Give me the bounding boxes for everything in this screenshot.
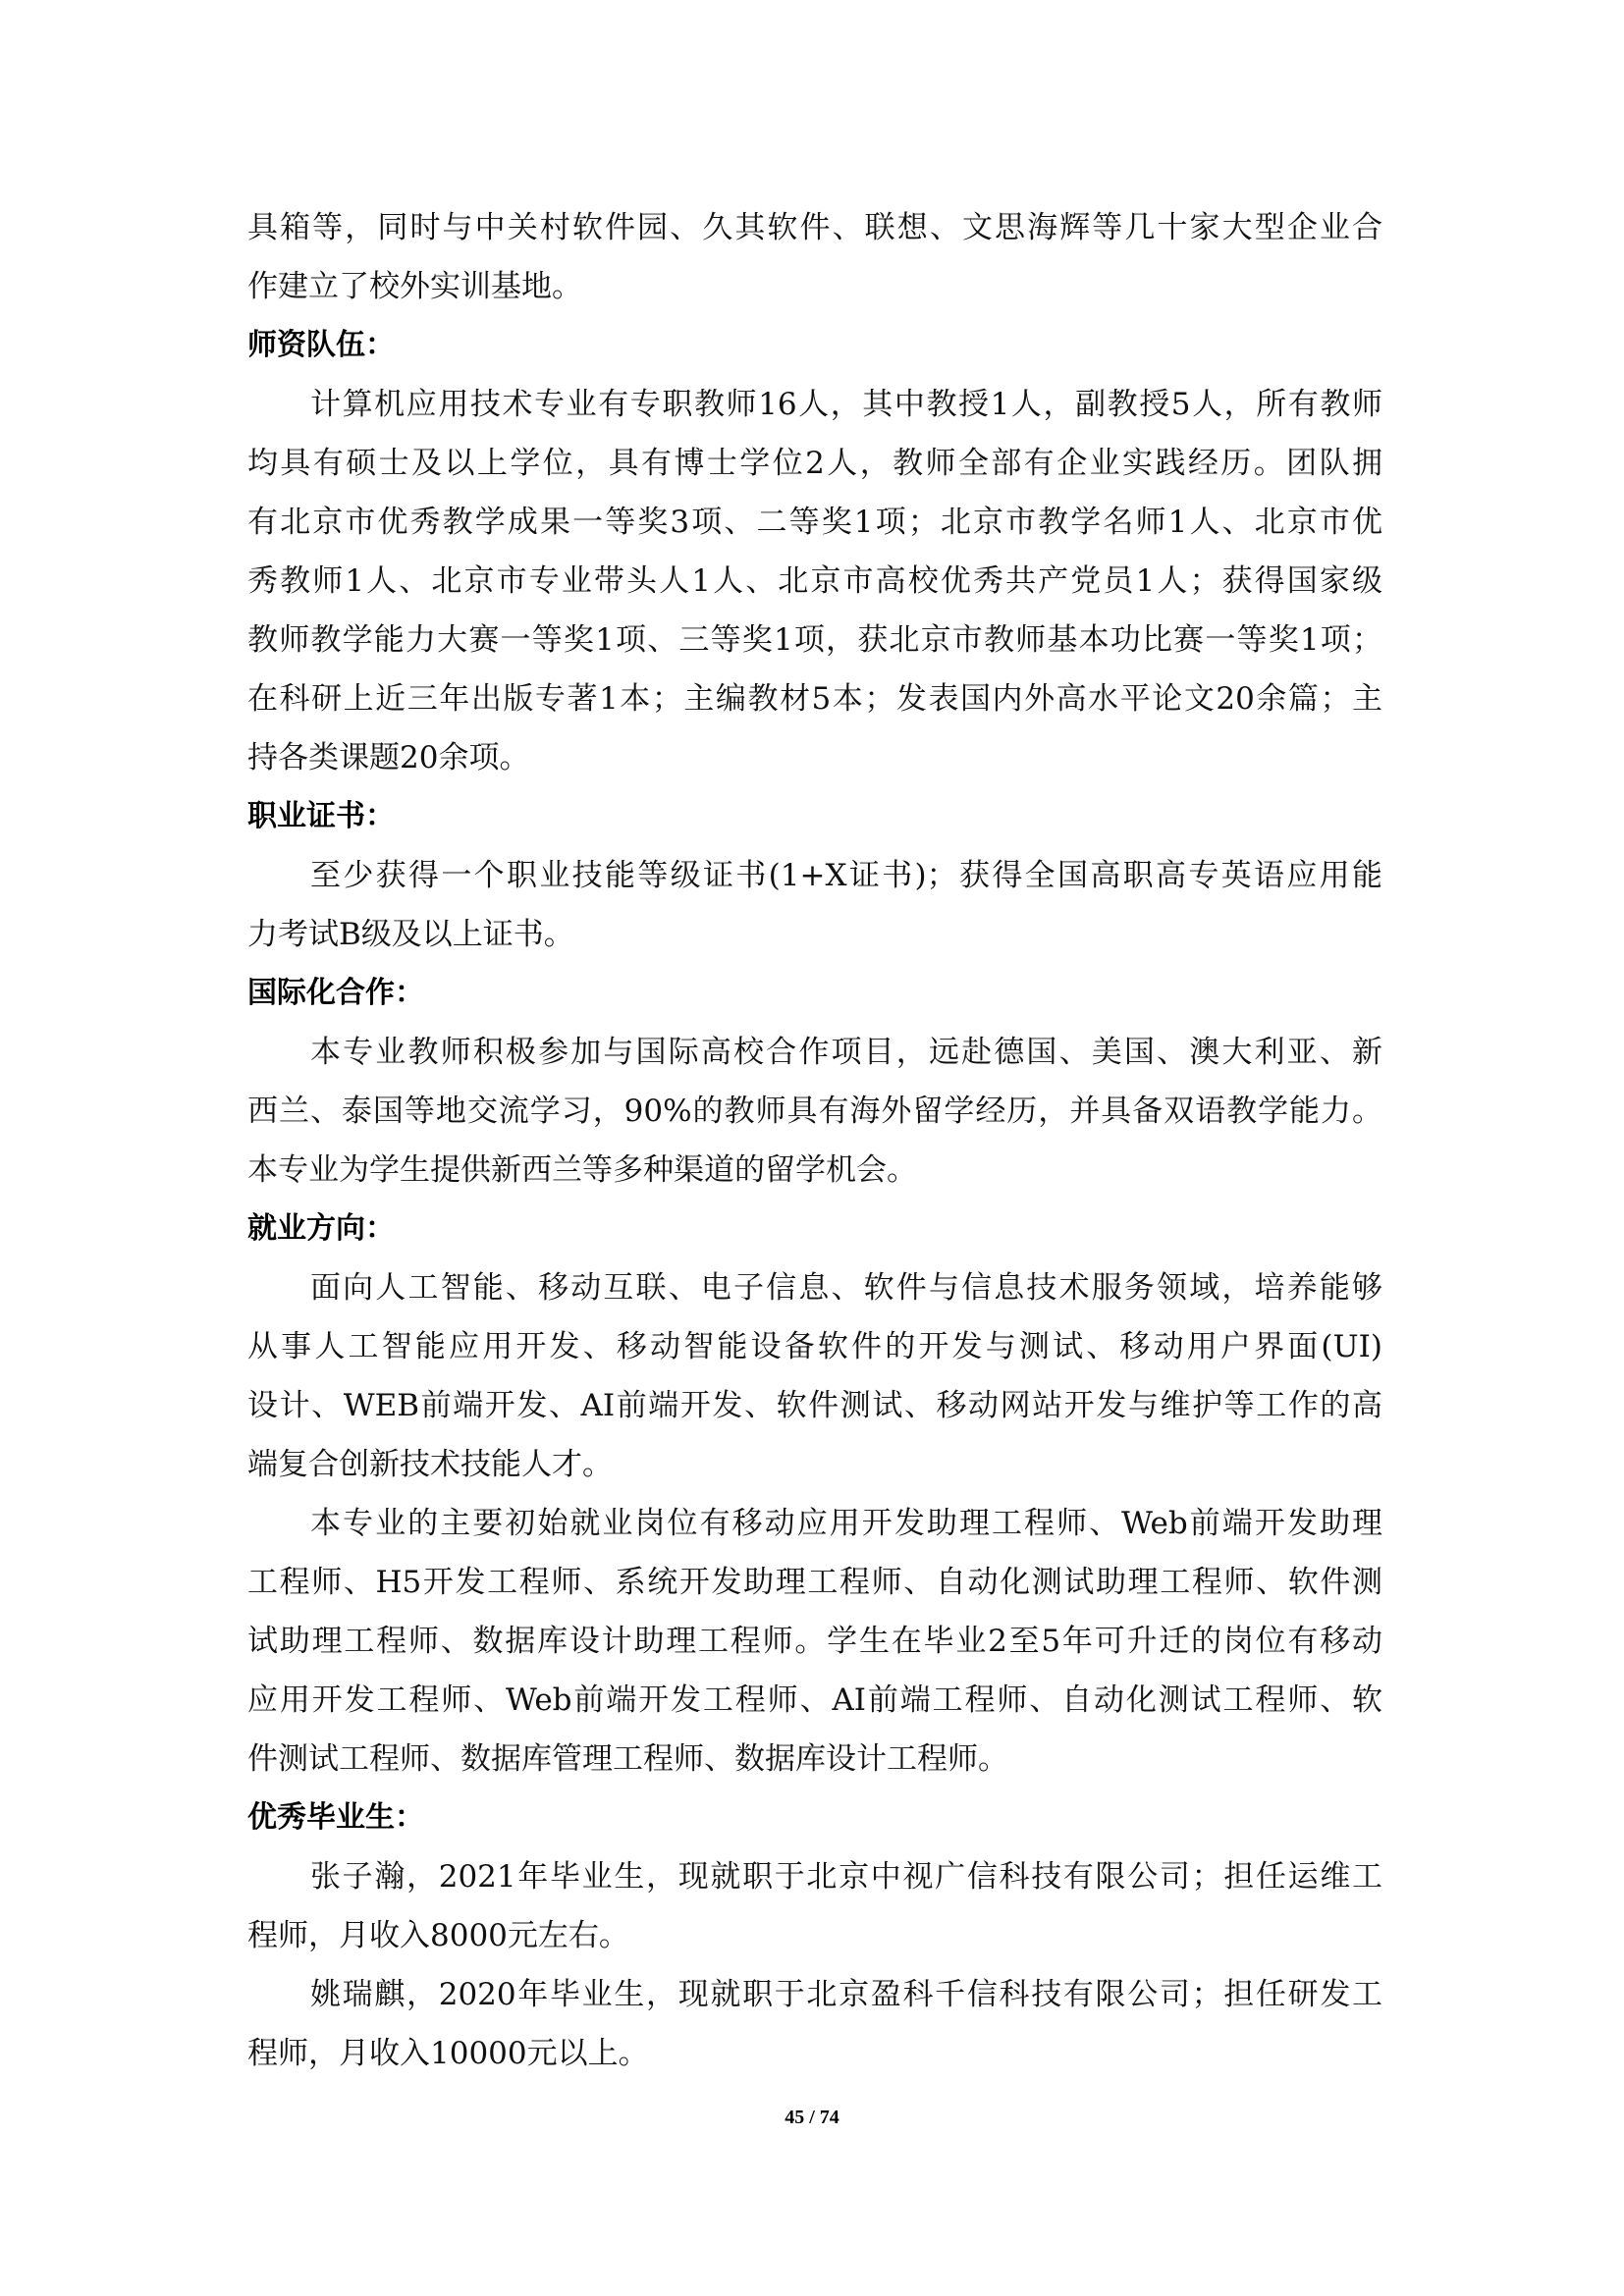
text-line: 力考试B级及以上证书。	[247, 905, 1382, 964]
text-line: 本专业的主要初始就业岗位有移动应用开发助理工程师、Web前端开发助理	[247, 1494, 1382, 1553]
text-line: 在科研上近三年出版专著1本；主编教材5本；发表国内外高水平论文20余篇；主	[247, 669, 1382, 728]
text-line: 计算机应用技术专业有专职教师16人，其中教授1人，副教授5人，所有教师	[247, 375, 1382, 434]
section-heading-faculty: 师资队伍：	[247, 316, 1382, 375]
text-line: 本专业为学生提供新西兰等多种渠道的留学机会。	[247, 1141, 1382, 1200]
page-content: 具箱等，同时与中关村软件园、久其软件、联想、文思海辉等几十家大型企业合 作建立了…	[247, 198, 1382, 2083]
page-number: 45 / 74	[0, 2107, 1624, 2129]
text-line: 至少获得一个职业技能等级证书(1+X证书)；获得全国高职高专英语应用能	[247, 846, 1382, 905]
text-line: 姚瑞麒，2020年毕业生，现就职于北京盈科千信科技有限公司；担任研发工	[247, 1965, 1382, 2024]
text-line: 从事人工智能应用开发、移动智能设备软件的开发与测试、移动用户界面(UI)	[247, 1317, 1382, 1376]
text-line: 件测试工程师、数据库管理工程师、数据库设计工程师。	[247, 1730, 1382, 1789]
text-line: 有北京市优秀教学成果一等奖3项、二等奖1项；北京市教学名师1人、北京市优	[247, 493, 1382, 552]
text-line: 端复合创新技术技能人才。	[247, 1435, 1382, 1494]
section-heading-certificates: 职业证书：	[247, 787, 1382, 846]
text-line: 工程师、H5开发工程师、系统开发助理工程师、自动化测试助理工程师、软件测	[247, 1553, 1382, 1612]
text-line: 程师，月收入8000元左右。	[247, 1906, 1382, 1965]
text-line: 作建立了校外实训基地。	[247, 257, 1382, 316]
text-line: 教师教学能力大赛一等奖1项、三等奖1项，获北京市教师基本功比赛一等奖1项；	[247, 611, 1382, 669]
section-heading-international: 国际化合作：	[247, 964, 1382, 1023]
text-line: 张子瀚，2021年毕业生，现就职于北京中视广信科技有限公司；担任运维工	[247, 1847, 1382, 1906]
text-line: 本专业教师积极参加与国际高校合作项目，远赴德国、美国、澳大利亚、新	[247, 1023, 1382, 1082]
text-line: 面向人工智能、移动互联、电子信息、软件与信息技术服务领域，培养能够	[247, 1258, 1382, 1317]
text-line: 均具有硕士及以上学位，具有博士学位2人，教师全部有企业实践经历。团队拥	[247, 434, 1382, 493]
text-line: 试助理工程师、数据库设计助理工程师。学生在毕业2至5年可升迁的岗位有移动	[247, 1612, 1382, 1671]
document-page: 具箱等，同时与中关村软件园、久其软件、联想、文思海辉等几十家大型企业合 作建立了…	[0, 0, 1624, 2296]
text-line: 秀教师1人、北京市专业带头人1人、北京市高校优秀共产党员1人；获得国家级	[247, 552, 1382, 611]
text-line: 程师，月收入10000元以上。	[247, 2024, 1382, 2083]
text-line: 设计、WEB前端开发、AI前端开发、软件测试、移动网站开发与维护等工作的高	[247, 1376, 1382, 1435]
text-line: 应用开发工程师、Web前端开发工程师、AI前端工程师、自动化测试工程师、软	[247, 1671, 1382, 1730]
text-line: 持各类课题20余项。	[247, 728, 1382, 787]
section-heading-graduates: 优秀毕业生：	[247, 1789, 1382, 1847]
text-line: 具箱等，同时与中关村软件园、久其软件、联想、文思海辉等几十家大型企业合	[247, 198, 1382, 257]
section-heading-employment: 就业方向：	[247, 1200, 1382, 1258]
text-line: 西兰、泰国等地交流学习，90%的教师具有海外留学经历，并具备双语教学能力。	[247, 1082, 1382, 1141]
